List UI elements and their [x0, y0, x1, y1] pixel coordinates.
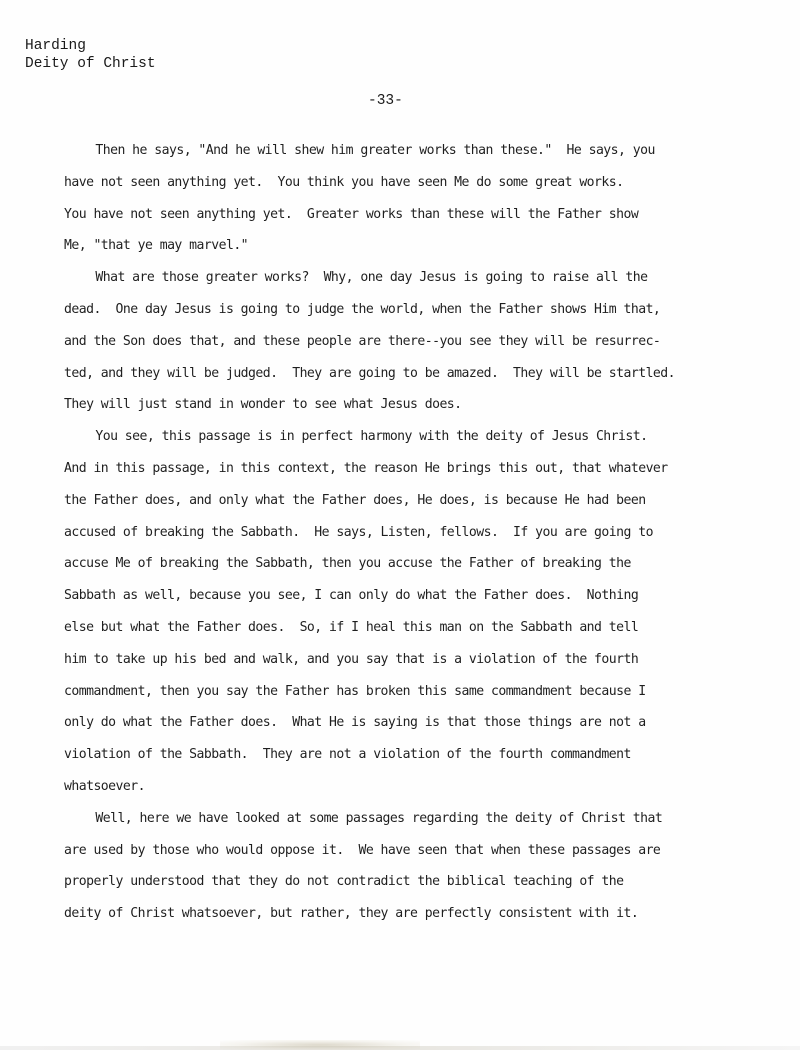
- paragraph: What are those greater works? Why, one d…: [64, 267, 750, 426]
- text-line: are used by those who would oppose it. W…: [64, 840, 750, 872]
- text-line: They will just stand in wonder to see wh…: [64, 394, 750, 426]
- text-line: him to take up his bed and walk, and you…: [64, 649, 750, 681]
- paragraph: Then he says, "And he will shew him grea…: [64, 140, 750, 267]
- text-line: violation of the Sabbath. They are not a…: [64, 744, 750, 776]
- text-line: What are those greater works? Why, one d…: [64, 267, 750, 299]
- paragraph: You see, this passage is in perfect harm…: [64, 426, 750, 808]
- text-line: deity of Christ whatsoever, but rather, …: [64, 903, 750, 935]
- page-number: -33-: [368, 93, 403, 109]
- text-line: have not seen anything yet. You think yo…: [64, 172, 750, 204]
- header-title: Deity of Christ: [25, 55, 156, 73]
- document-page: Harding Deity of Christ -33- Then he say…: [0, 0, 800, 1050]
- text-line: Well, here we have looked at some passag…: [64, 808, 750, 840]
- text-line: dead. One day Jesus is going to judge th…: [64, 299, 750, 331]
- text-line: commandment, then you say the Father has…: [64, 681, 750, 713]
- text-line: ted, and they will be judged. They are g…: [64, 363, 750, 395]
- text-line: You see, this passage is in perfect harm…: [64, 426, 750, 458]
- text-line: accused of breaking the Sabbath. He says…: [64, 522, 750, 554]
- text-line: Sabbath as well, because you see, I can …: [64, 585, 750, 617]
- running-header: Harding Deity of Christ: [25, 37, 156, 73]
- text-line: You have not seen anything yet. Greater …: [64, 204, 750, 236]
- text-line: Me, "that ye may marvel.": [64, 235, 750, 267]
- text-line: else but what the Father does. So, if I …: [64, 617, 750, 649]
- text-line: properly understood that they do not con…: [64, 871, 750, 903]
- text-line: only do what the Father does. What He is…: [64, 712, 750, 744]
- text-line: accuse Me of breaking the Sabbath, then …: [64, 553, 750, 585]
- text-line: whatsoever.: [64, 776, 750, 808]
- text-line: And in this passage, in this context, th…: [64, 458, 750, 490]
- paragraph: Well, here we have looked at some passag…: [64, 808, 750, 935]
- text-line: and the Son does that, and these people …: [64, 331, 750, 363]
- body-text: Then he says, "And he will shew him grea…: [64, 140, 750, 935]
- text-line: the Father does, and only what the Fathe…: [64, 490, 750, 522]
- header-author: Harding: [25, 37, 156, 55]
- scan-artifact-smudge: [220, 1040, 420, 1050]
- text-line: Then he says, "And he will shew him grea…: [64, 140, 750, 172]
